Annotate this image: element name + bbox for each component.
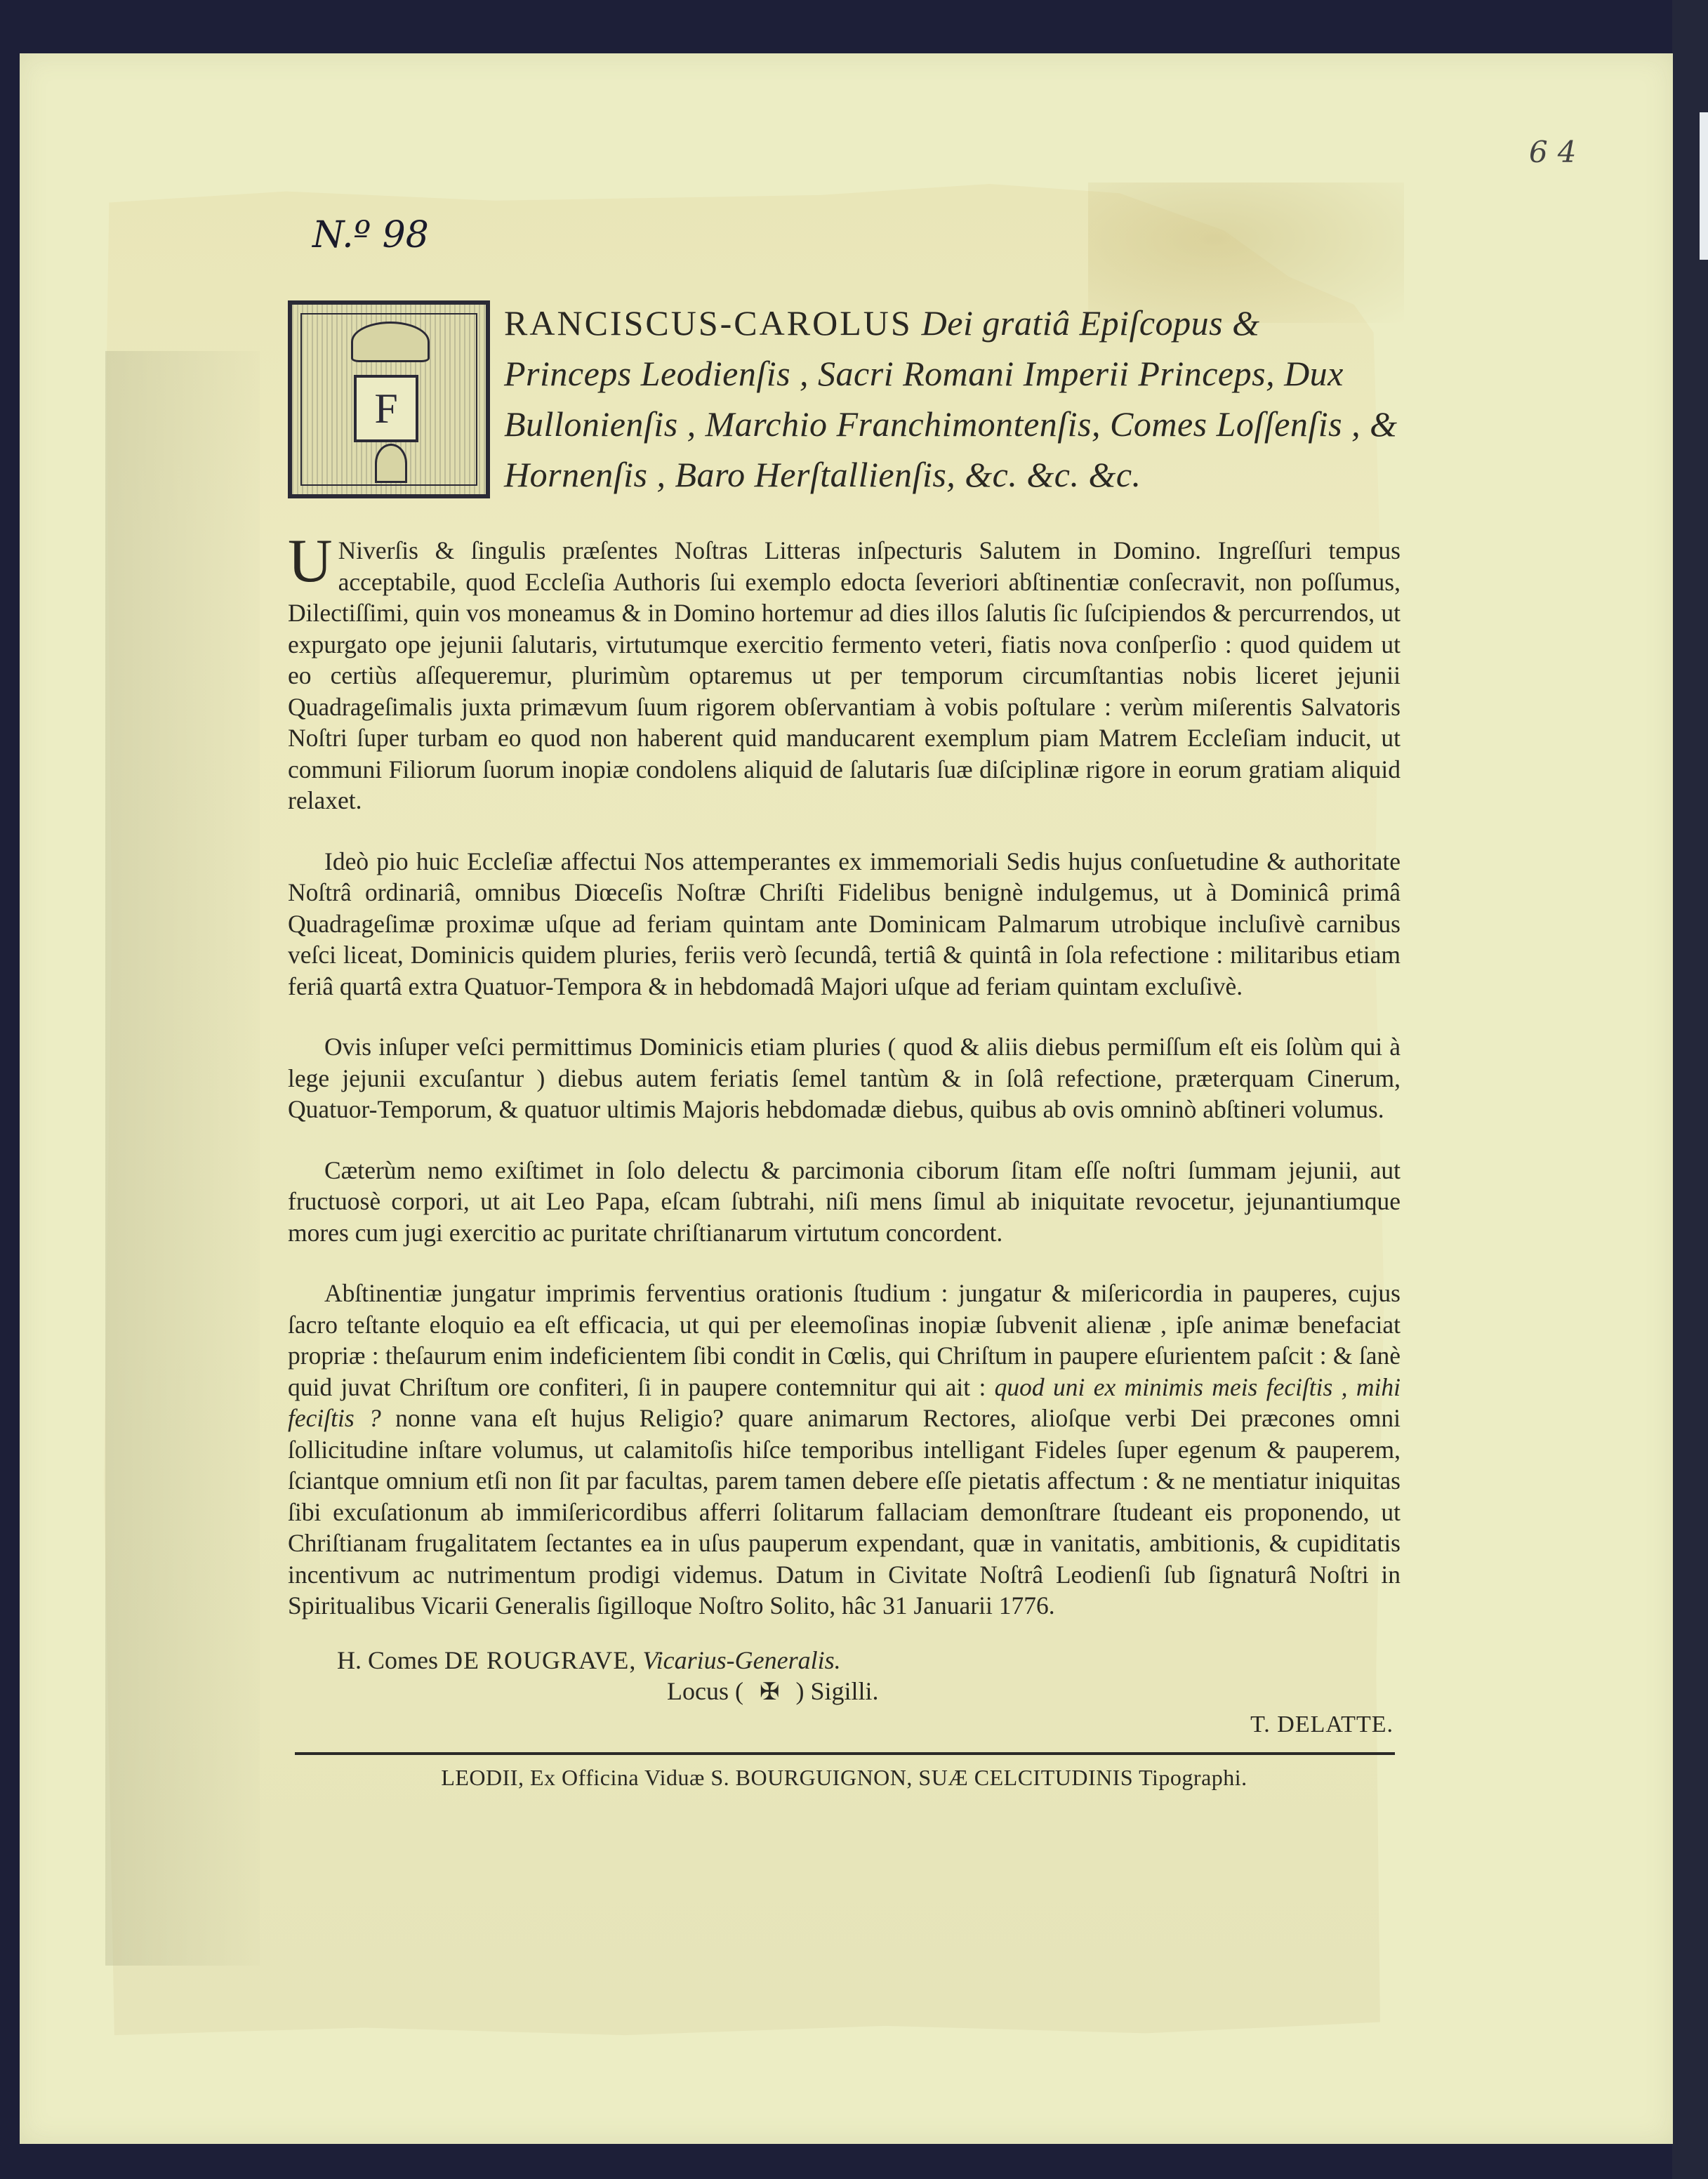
paragraph-text: Niverſis & ſingulis præſentes Noſtras Li… bbox=[288, 536, 1401, 814]
paragraph-2: Ideò pio huic Eccleſiæ affectui Nos atte… bbox=[288, 846, 1401, 1002]
divider-rule bbox=[295, 1752, 1395, 1755]
crown-icon bbox=[351, 322, 430, 362]
handwritten-page-number: 64 bbox=[1529, 135, 1586, 169]
initial-letter: F bbox=[354, 375, 418, 442]
paragraph-3: Ovis inſuper veſci permittimus Dominicis… bbox=[288, 1031, 1401, 1125]
paragraph-5: Abſtinentiæ jungatur imprimis ferventius… bbox=[288, 1278, 1401, 1622]
title-text: Hornenſis , Baro Herſtallienſis, &c. &c.… bbox=[504, 455, 1141, 494]
seal-location: Locus ( ✠ ) Sigilli. bbox=[667, 1676, 1401, 1706]
title-line-3: Bullonienſis , Marchio Franchimontenſis,… bbox=[504, 399, 1398, 449]
backboard-edge bbox=[1672, 0, 1708, 2179]
title-text: Dei gratiâ Epiſcopus & bbox=[922, 303, 1260, 343]
seal-label-left: Locus ( bbox=[667, 1677, 743, 1705]
document-header: F RANCISCUS-CAROLUS Dei gratiâ Epiſcopus… bbox=[288, 295, 1401, 505]
document-content: F RANCISCUS-CAROLUS Dei gratiâ Epiſcopus… bbox=[288, 295, 1401, 1791]
cross-icon: ✠ bbox=[760, 1678, 780, 1706]
initial-u: U bbox=[288, 541, 333, 583]
handwritten-document-number: N.º 98 bbox=[312, 214, 429, 256]
secretary-signature: T. DELATTE. bbox=[288, 1711, 1393, 1738]
title-line-1: RANCISCUS-CAROLUS Dei gratiâ Epiſcopus & bbox=[504, 298, 1398, 348]
title-line-4: Hornenſis , Baro Herſtallienſis, &c. &c.… bbox=[504, 449, 1398, 500]
paragraph-4: Cæterùm nemo exiſtimet in ſolo delectu &… bbox=[288, 1155, 1401, 1249]
title-text: Bullonienſis , Marchio Franchimontenſis,… bbox=[504, 404, 1398, 444]
ornamental-initial: F bbox=[288, 300, 490, 498]
vicar-prefix: H. Comes bbox=[337, 1646, 438, 1674]
seal-label-right: ) Sigilli. bbox=[795, 1677, 878, 1705]
paragraph-text: nonne vana eſt hujus Religio? quare anim… bbox=[288, 1404, 1401, 1620]
vicar-signature: H. Comes DE ROUGRAVE, Vicarius-Generalis… bbox=[337, 1645, 1401, 1675]
title-name: RANCISCUS-CAROLUS bbox=[504, 303, 913, 343]
backboard-label bbox=[1700, 112, 1708, 260]
title-text: Princeps Leodienſis , Sacri Romani Imper… bbox=[504, 354, 1344, 393]
mitre-icon bbox=[375, 444, 407, 483]
document-body: UNiverſis & ſingulis præſentes Noſtras L… bbox=[288, 535, 1401, 1622]
title-line-2: Princeps Leodienſis , Sacri Romani Imper… bbox=[504, 348, 1398, 399]
vicar-name: DE ROUGRAVE, bbox=[444, 1646, 636, 1674]
title-block: RANCISCUS-CAROLUS Dei gratiâ Epiſcopus &… bbox=[504, 295, 1398, 500]
printer-imprint: LEODII, Ex Officina Viduæ S. BOURGUIGNON… bbox=[288, 1765, 1401, 1791]
vicar-title: Vicarius-Generalis. bbox=[642, 1646, 840, 1674]
paragraph-1: UNiverſis & ſingulis præſentes Noſtras L… bbox=[288, 535, 1401, 816]
